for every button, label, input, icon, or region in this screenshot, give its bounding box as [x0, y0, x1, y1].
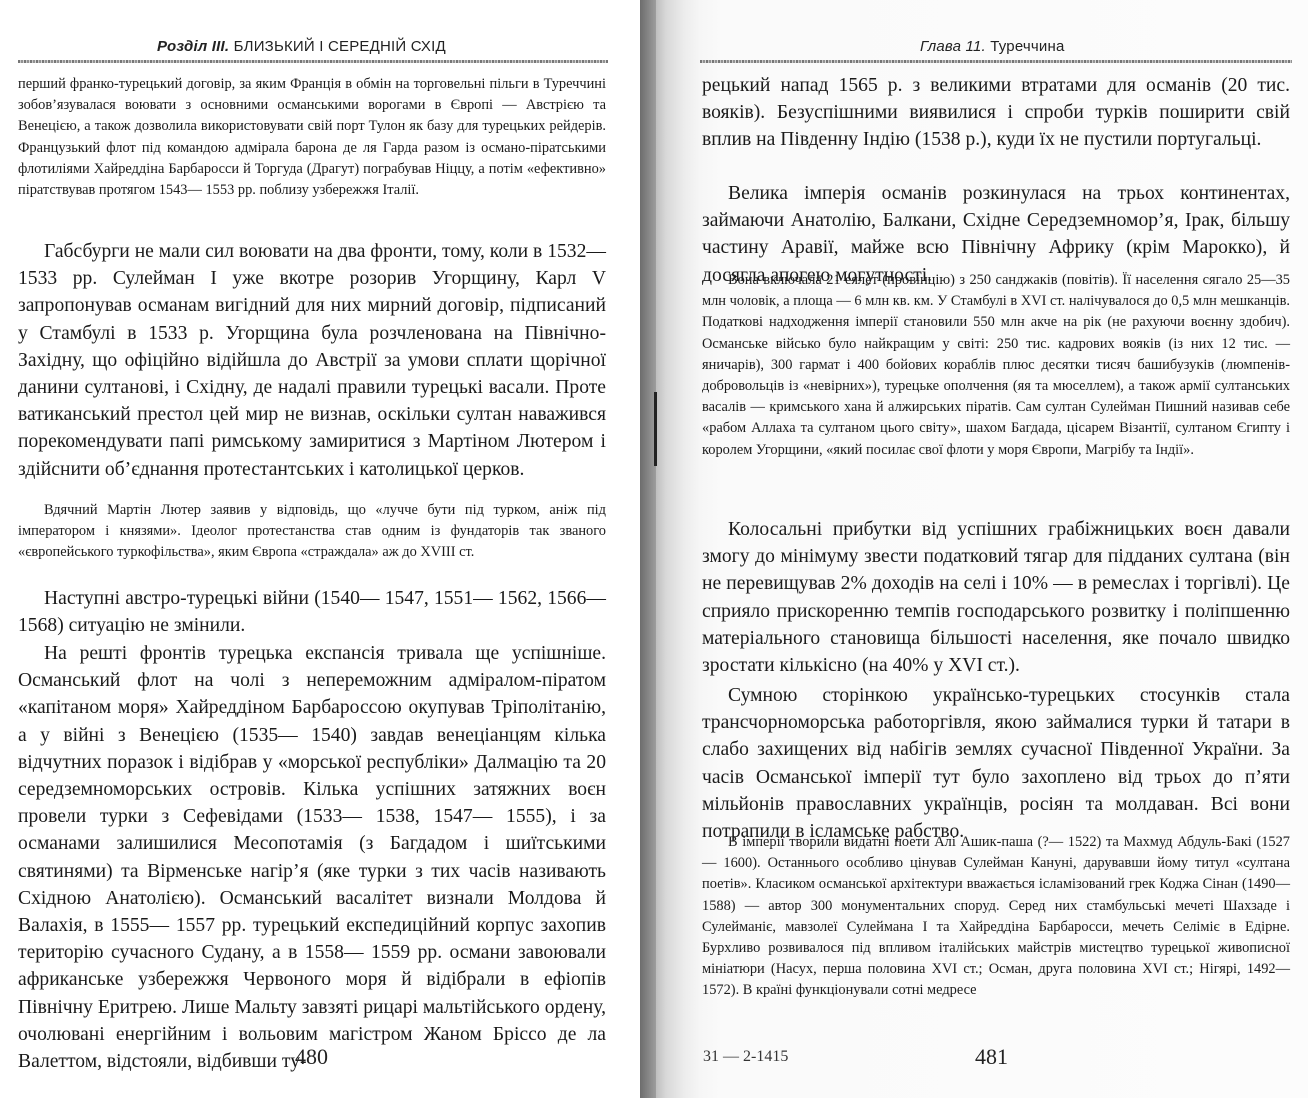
- left-running-head: Розділ III. БЛИЗЬКИЙ І СЕРЕДНІЙ СХІД: [157, 38, 446, 55]
- book-gutter: [640, 0, 656, 1098]
- paragraph-small: перший франко-турецький договір, за яким…: [18, 74, 606, 201]
- paragraph-small: Вдячний Мартін Лютер заявив у відповідь,…: [18, 500, 606, 564]
- paragraph: Колосальні прибутки від успішних грабіжн…: [702, 516, 1290, 679]
- paragraph: рецький напад 1565 р. з великими втратам…: [702, 72, 1290, 154]
- scan-mark: [654, 392, 657, 466]
- printer-signature: 31 — 2-1415: [703, 1048, 788, 1066]
- header-rule: [700, 60, 1292, 63]
- paragraph: Габсбурги не мали сил воювати на два фро…: [18, 238, 606, 483]
- page-number-right: 481: [975, 1044, 1008, 1070]
- section-title: БЛИЗЬКИЙ І СЕРЕДНІЙ СХІД: [234, 38, 446, 55]
- paragraph-small: Вона включала 21 еялет (провінцію) з 250…: [702, 270, 1290, 461]
- header-rule: [18, 60, 608, 63]
- paragraph: Сумною сторінкою українсько-турецьких ст…: [702, 682, 1290, 845]
- right-running-head: Глава 11. Туреччина: [920, 38, 1065, 55]
- paragraph: Наступні австро-турецькі війни (1540— 15…: [18, 585, 606, 639]
- paragraph-small: В імперії творили видатні поети Алі Ашик…: [702, 832, 1290, 1002]
- paragraph: На решті фронтів турецька експансія трив…: [18, 640, 606, 1075]
- section-label: Розділ III.: [157, 38, 229, 55]
- page-number-left: 480: [295, 1044, 328, 1070]
- chapter-title: Туреччина: [990, 38, 1064, 55]
- chapter-label: Глава 11.: [920, 38, 986, 55]
